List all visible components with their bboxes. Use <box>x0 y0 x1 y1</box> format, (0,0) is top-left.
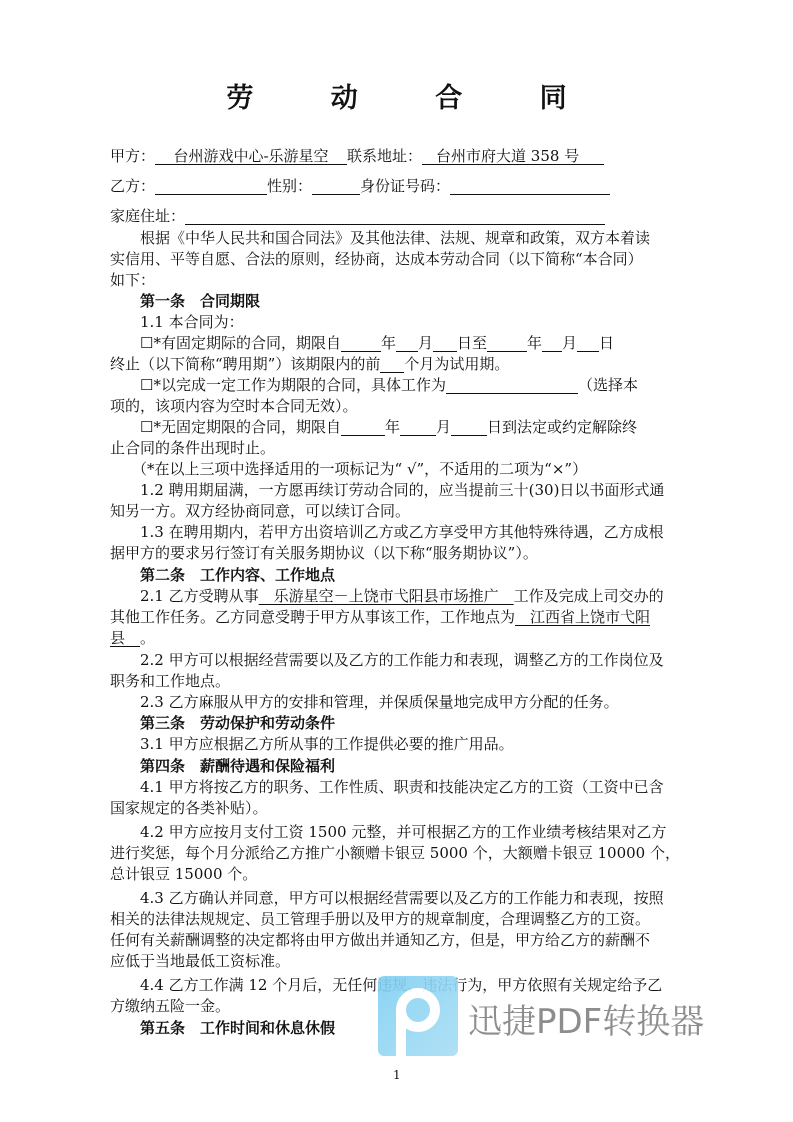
work-location-field-cont[interactable]: 县 <box>110 629 140 647</box>
pdf-converter-logo-icon <box>378 976 458 1056</box>
clause-4-2-line-2: 进行奖惩，每个月分派给乙方推广小额赠卡银豆 5000 个，大额赠卡银豆 1000… <box>110 843 695 863</box>
document-title: 劳 动 合 同 <box>0 76 793 115</box>
open-start-year-field[interactable] <box>341 419 385 436</box>
id-number-label: 身份证号码： <box>360 177 450 195</box>
open-start-day-field[interactable] <box>451 419 487 436</box>
id-number-field[interactable] <box>450 178 610 195</box>
clause-2-1-line-2: 其他工作任务。乙方同意受聘于甲方从事该工作，工作地点为 江西省上饶市弋阳 <box>110 607 695 627</box>
open-term-text: 日到法定或约定解除终 <box>487 418 637 436</box>
day-to-label: 日至 <box>457 334 487 352</box>
article-1-heading: 第一条 合同期限 <box>110 291 695 311</box>
home-address-field[interactable] <box>185 208 605 225</box>
clause-1-2-line-2: 知另一方。双方经协商同意，可以续订合同。 <box>110 501 695 521</box>
home-address-row: 家庭住址： <box>110 206 695 226</box>
probation-months-field[interactable] <box>380 356 404 373</box>
option-fixed-term-checkbox[interactable]: ☐*有固定期际的合同，期限自 <box>140 334 341 352</box>
task-description-field[interactable] <box>446 377 578 394</box>
article-2-heading: 第二条 工作内容、工作地点 <box>110 565 695 585</box>
clause-4-1-line-2: 国家规定的各类补贴）。 <box>110 798 695 818</box>
party-a-field[interactable]: 台州游戏中心-乐游星空 <box>155 148 347 165</box>
probation-text-end: 个月为试用期。 <box>404 355 509 373</box>
clause-2-1-text-cont: 工作及完成上司交办的 <box>514 587 664 605</box>
clause-4-3-line-4: 应低于当地最低工资标准。 <box>110 951 695 971</box>
option-task-term-row: ☐*以完成一定工作为期限的合同，具体工作为 （选择本 <box>110 375 695 395</box>
end-month-field[interactable] <box>542 335 562 352</box>
party-b-field[interactable] <box>155 178 267 195</box>
contact-address-field[interactable]: 台州市府大道 358 号 <box>422 148 604 165</box>
period: 。 <box>140 629 155 647</box>
preamble-line-2: 实信用、平等自愿、合法的原则，经协商，达成本劳动合同（以下简称“本合同） <box>110 249 695 269</box>
clause-1-1: 1.1 本合同为： <box>110 312 695 332</box>
party-b-label: 乙方： <box>110 177 155 195</box>
party-b-row: 乙方： 性别： 身份证号码： <box>110 176 695 196</box>
option-task-term-checkbox[interactable]: ☐*以完成一定工作为期限的合同，具体工作为 <box>140 376 446 394</box>
page-number: 1 <box>393 1068 401 1082</box>
clause-4-1-line-1: 4.1 甲方将按乙方的职务、工作性质、职责和技能决定乙方的工资（工资中已含 <box>110 777 695 797</box>
gender-label: 性别： <box>267 177 312 195</box>
gender-field[interactable] <box>312 178 360 195</box>
clause-4-3-line-2: 相关的法律法规规定、员工管理手册以及甲方的规章制度，合理调整乙方的工资。 <box>110 909 695 929</box>
end-year-field[interactable] <box>487 335 527 352</box>
preamble-line-3: 如下： <box>110 270 695 290</box>
month-label: 月 <box>418 334 433 352</box>
clause-2-1-text: 2.1 乙方受聘从事 <box>140 587 259 605</box>
option-task-term-row-2: 项的，该项内容为空时本合同无效）。 <box>110 396 695 416</box>
contact-address-value: 台州市府大道 358 号 <box>436 147 579 165</box>
party-a-label: 甲方： <box>110 147 155 165</box>
document-page: 劳 动 合 同 甲方：台州游戏中心-乐游星空联系地址：台州市府大道 358 号 … <box>0 0 793 1122</box>
clause-2-1-line-3: 县 。 <box>110 628 695 648</box>
day-label: 日 <box>599 334 614 352</box>
clause-2-2-line-1: 2.2 甲方可以根据经营需要以及乙方的工作能力和表现，调整乙方的工作岗位及 <box>110 650 695 670</box>
start-day-field[interactable] <box>433 335 457 352</box>
article-4-heading: 第四条 薪酬待遇和保险福利 <box>110 756 695 776</box>
job-title-field[interactable]: 乐游星空－上饶市弋阳县市场推广 <box>259 587 514 605</box>
year-label: 年 <box>527 334 542 352</box>
clause-4-3-line-3: 任何有关薪酬调整的决定都将由甲方做出并通知乙方，但是，甲方给乙方的薪酬不 <box>110 930 695 950</box>
selection-note: （*在以上三项中选择适用的一项标记为“ √”，不适用的二项为“×”） <box>110 459 717 479</box>
clause-2-2-line-2: 职务和工作地点。 <box>110 671 695 691</box>
start-month-field[interactable] <box>396 335 418 352</box>
clause-1-2-line-1: 1.2 聘用期届满，一方愿再续订劳动合同的，应当提前三十(30)日以书面形式通 <box>110 480 695 500</box>
end-day-field[interactable] <box>577 335 599 352</box>
contact-address-label: 联系地址： <box>347 147 422 165</box>
month-label: 月 <box>436 418 451 436</box>
year-label: 年 <box>385 418 400 436</box>
preamble-line-1: 根据《中华人民共和国合同法》及其他法律、法规、规章和政策，双方本着读 <box>110 228 695 248</box>
task-note: （选择本 <box>578 376 638 394</box>
option-open-term-row: ☐*无固定期限的合同，期限自 年 月 日到法定或约定解除终 <box>110 417 695 437</box>
home-address-label: 家庭住址： <box>110 207 185 225</box>
clause-2-3: 2.3 乙方麻服从甲方的安排和管理，并保质保量地完成甲方分配的任务。 <box>110 692 695 712</box>
clause-4-2-line-3: 总计银豆 15000 个。 <box>110 864 695 884</box>
watermark-text: 迅捷PDF转换器 <box>468 994 704 1043</box>
clause-2-1-line-1: 2.1 乙方受聘从事 乐游星空－上饶市弋阳县市场推广 工作及完成上司交办的 <box>110 586 695 606</box>
clause-1-3-line-2: 据甲方的要求另行签订有关服务期协议（以下称“服务期协议”）。 <box>110 543 695 563</box>
party-a-value: 台州游戏中心-乐游星空 <box>173 147 328 165</box>
open-start-month-field[interactable] <box>400 419 436 436</box>
option-fixed-term-row: ☐*有固定期际的合同，期限自 年 月 日至 年 月 日 <box>110 333 695 353</box>
party-a-row: 甲方：台州游戏中心-乐游星空联系地址：台州市府大道 358 号 <box>110 146 695 166</box>
option-fixed-term-row-2: 终止（以下简称“聘用期”）该期限内的前 个月为试用期。 <box>110 354 695 374</box>
clause-4-2-line-1: 4.2 甲方应按月支付工资 1500 元整，并可根据乙方的工作业绩考核结果对乙方 <box>110 822 695 842</box>
clause-4-3-line-1: 4.3 乙方确认并同意，甲方可以根据经营需要以及乙方的工作能力和表现，按照 <box>110 888 695 908</box>
clause-1-3-line-1: 1.3 在聘用期内，若甲方出资培训乙方或乙方享受甲方其他特殊待遇，乙方成根 <box>110 522 695 542</box>
work-location-field[interactable]: 江西省上饶市弋阳 <box>515 608 650 626</box>
option-open-term-row-2: 止合同的条件出现时止。 <box>110 438 695 458</box>
option-open-term-checkbox[interactable]: ☐*无固定期限的合同，期限自 <box>140 418 341 436</box>
clause-3-1: 3.1 甲方应根据乙方所从事的工作提供必要的推广用品。 <box>110 734 695 754</box>
probation-text: 终止（以下简称“聘用期”）该期限内的前 <box>110 355 380 373</box>
month-label: 月 <box>562 334 577 352</box>
article-3-heading: 第三条 劳动保护和劳动条件 <box>110 713 695 733</box>
clause-2-1-text-2: 其他工作任务。乙方同意受聘于甲方从事该工作，工作地点为 <box>110 608 515 626</box>
start-year-field[interactable] <box>341 335 381 352</box>
year-label: 年 <box>381 334 396 352</box>
